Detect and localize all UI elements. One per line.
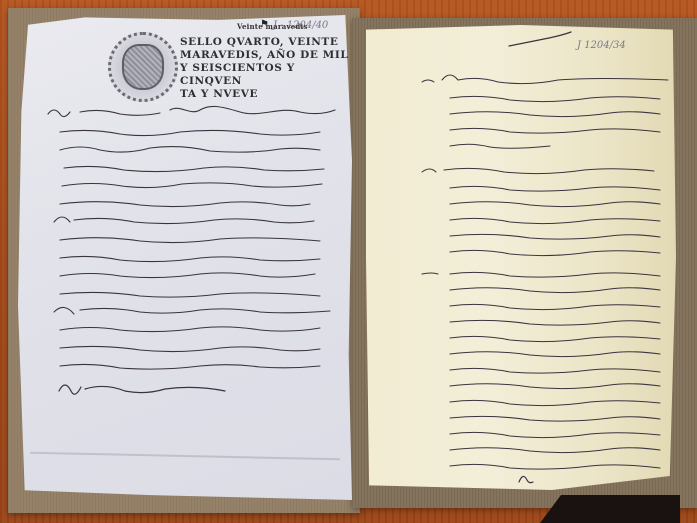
stamp-header-line: SELLO QVARTO, VEINTE bbox=[180, 36, 352, 49]
rubric-mark bbox=[515, 470, 535, 486]
decorative-flourish bbox=[505, 30, 575, 50]
archive-reference-right: J 1204/34 bbox=[577, 40, 626, 51]
handwritten-signature-left bbox=[55, 375, 235, 405]
handwritten-text-right bbox=[420, 68, 680, 488]
coat-of-arms-shield-icon bbox=[122, 44, 164, 90]
stamp-header-line: MARAVEDIS, AÑO DE MIL bbox=[180, 49, 352, 62]
foreground-shadow bbox=[540, 495, 680, 523]
handwritten-text-left bbox=[40, 100, 350, 380]
stamp-header-line: Y SEISCIENTOS Y CINQVEN bbox=[180, 62, 352, 88]
stamp-value-caption: Veinte maravedis bbox=[237, 22, 308, 31]
stamp-header: SELLO QVARTO, VEINTE MARAVEDIS, AÑO DE M… bbox=[180, 36, 352, 101]
royal-seal-icon bbox=[108, 32, 178, 102]
